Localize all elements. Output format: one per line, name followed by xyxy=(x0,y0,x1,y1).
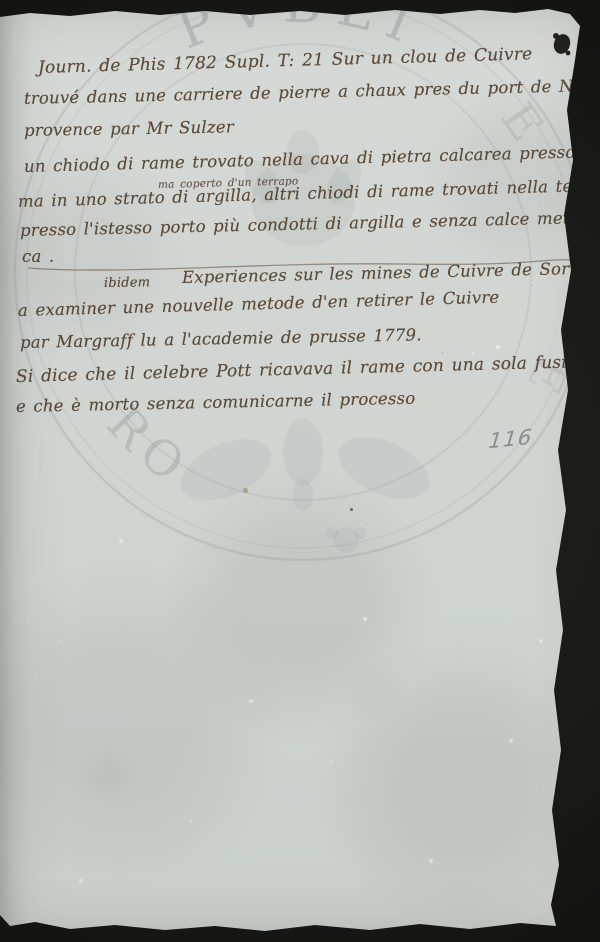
stamp-garland-ornament xyxy=(172,418,439,553)
stamp-text-right: E xyxy=(491,92,555,150)
page-number: 116 xyxy=(487,425,533,453)
manuscript-ibidem-label: ibidem xyxy=(104,275,150,291)
manuscript-line-italian-note: un chiodo di rame trovato nella cava di … xyxy=(24,141,600,176)
manuscript-line-citation-2: Experiences sur les mines de Cuivre de S… xyxy=(182,258,600,287)
manuscript-line: trouvé dans une carriere de pierre a cha… xyxy=(24,75,600,108)
manuscript-line: provence par Mr Sulzer xyxy=(24,117,234,140)
manuscript-line: a examiner une nouvelle metode d'en reti… xyxy=(18,288,500,320)
scan-background: PVBLI RO E E xyxy=(0,0,600,942)
manuscript-line-italian-note-2: Si dice che il celebre Pott ricavava il … xyxy=(16,352,599,387)
ink-blot xyxy=(551,32,572,56)
manuscript-line: ca . xyxy=(22,247,54,266)
manuscript-line: e che è morto senza comunicarne il proce… xyxy=(16,389,416,416)
manuscript-page: PVBLI RO E E xyxy=(0,0,600,942)
manuscript-line: ma in uno strato di argilla, altri chiod… xyxy=(18,176,599,211)
manuscript-line: presso l'istesso porto più condotti di a… xyxy=(20,208,597,240)
paper-flecks xyxy=(0,0,2,2)
page-overlays: PVBLI RO E E xyxy=(0,0,600,942)
manuscript-line: par Margraff lu a l'academie de prusse 1… xyxy=(20,325,422,352)
manuscript-line-citation-1: Journ. de Phis 1782 Supl. T: 21 Sur un c… xyxy=(38,44,533,78)
paper-specks xyxy=(0,0,3,3)
